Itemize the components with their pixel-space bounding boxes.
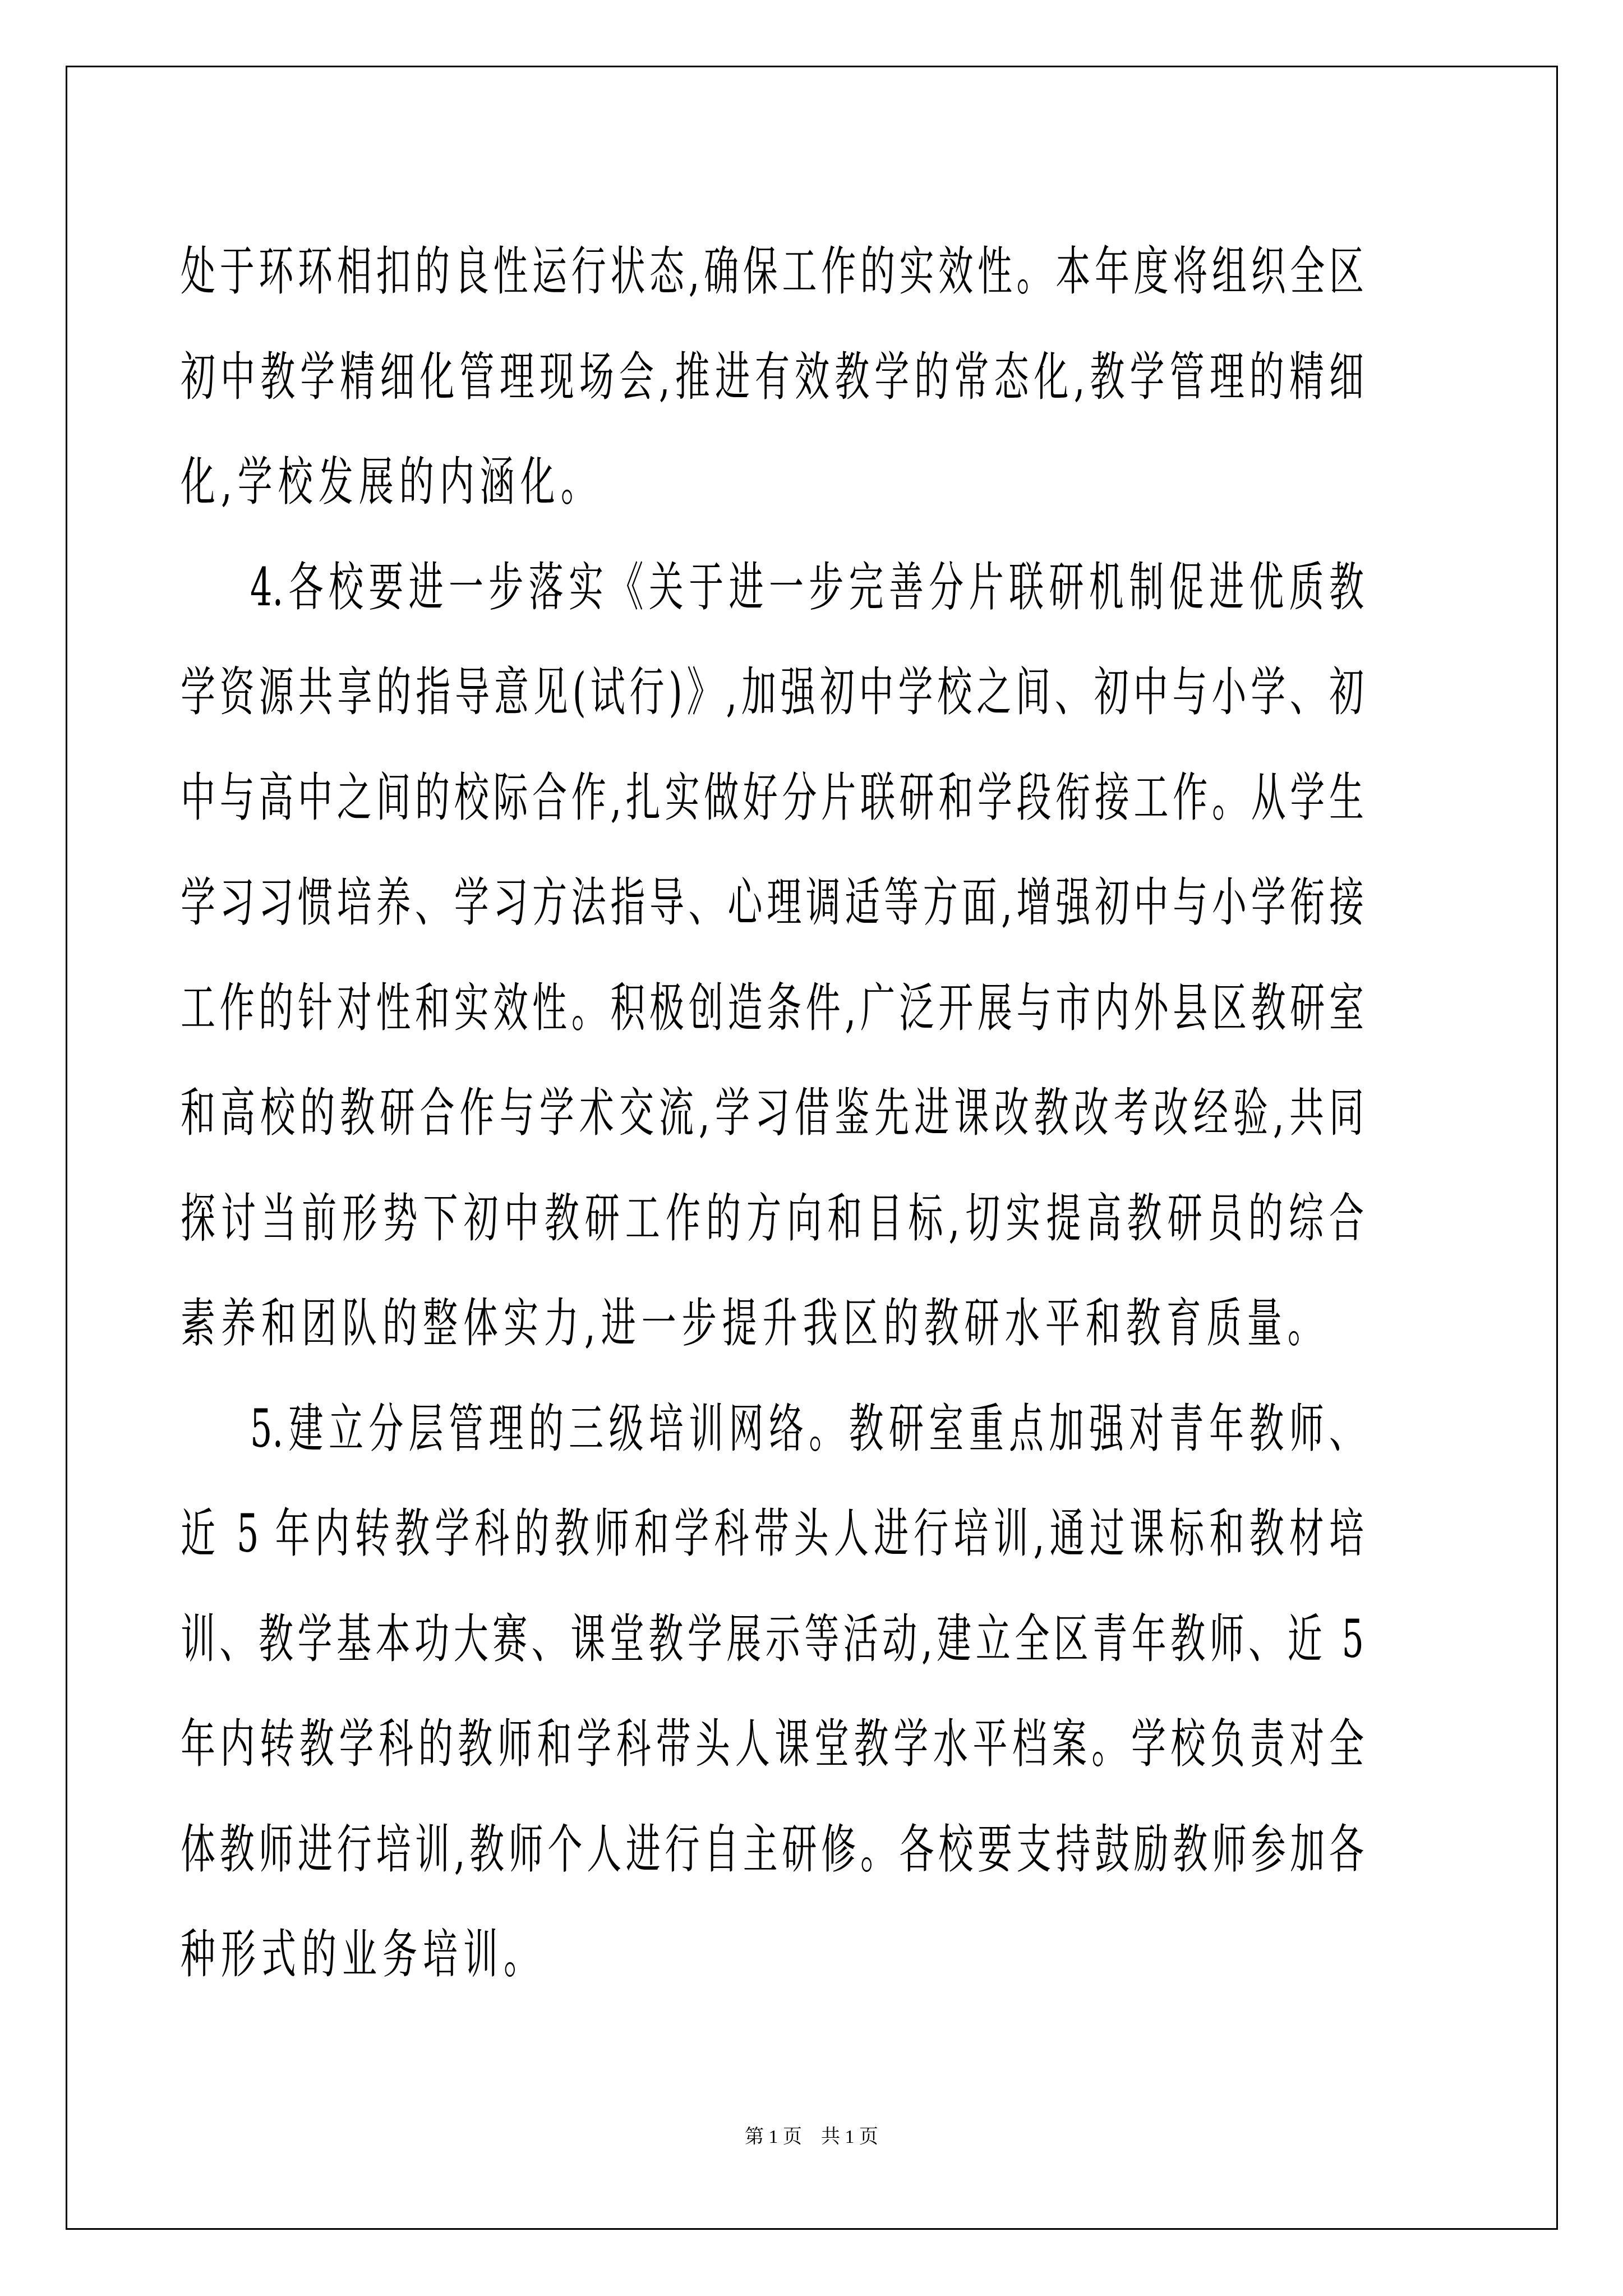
paragraph-continuation: 处于环环相扣的良性运行状态,确保工作的实效性。本年度将组织全区 初中教学精细化管… <box>181 219 1364 535</box>
paragraph-item-4: 4.各校要进一步落实《关于进一步完善分片联研机制促进优质教 学资源共享的指导意见… <box>181 535 1364 1376</box>
paragraph-item-5: 5.建立分层管理的三级培训网络。教研室重点加强对青年教师、 近 5 年内转教学科… <box>181 1376 1364 2007</box>
text-line: 种形式的业务培训。 <box>181 1875 1364 2033</box>
document-body: 处于环环相扣的良性运行状态,确保工作的实效性。本年度将组织全区 初中教学精细化管… <box>181 219 1364 2007</box>
page-number-footer: 第 1 页 共 1 页 <box>0 2120 1623 2154</box>
